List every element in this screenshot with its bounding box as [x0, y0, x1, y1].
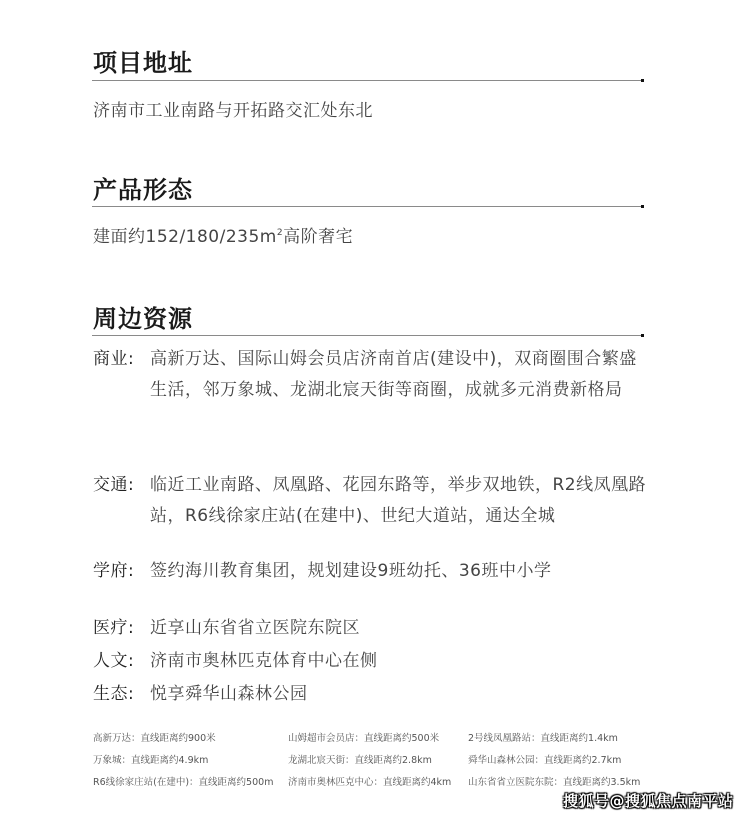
resource-label: 交通: [93, 470, 150, 532]
resource-label: 人文: [93, 646, 150, 677]
section-title-resources: 周边资源 [93, 299, 193, 334]
distance-cell: 万象城：直线距离约4.9km [93, 752, 208, 766]
divider [92, 206, 641, 207]
watermark: 搜狐号@搜狐焦点南平站 [563, 790, 734, 811]
distance-cell: 龙湖北宸天街：直线距离约2.8km [288, 752, 432, 766]
divider-dot [641, 79, 644, 82]
divider [92, 335, 641, 336]
divider-dot [641, 205, 644, 208]
resource-content: 济南市奥林匹克体育中心在侧 [150, 646, 653, 677]
resource-item-education: 学府: 签约海川教育集团，规划建设9班幼托、36班中小学 [93, 556, 653, 587]
address-text: 济南市工业南路与开拓路交汇处东北 [93, 96, 373, 121]
resource-label: 生态: [93, 679, 150, 710]
section-title-address: 项目地址 [93, 43, 193, 78]
resource-label: 学府: [93, 556, 150, 587]
resource-content: 近享山东省省立医院东院区 [150, 613, 653, 644]
resource-item-commerce: 商业: 高新万达、国际山姆会员店济南首店(建设中)，双商圈围合繁盛生活，邻万象城… [93, 344, 653, 406]
distance-cell: 2号线凤凰路站：直线距离约1.4km [468, 730, 618, 744]
resource-item-transport: 交通: 临近工业南路、凤凰路、花园东路等，举步双地铁，R2线凤凰路站，R6线徐家… [93, 470, 653, 532]
distance-cell: R6线徐家庄站(在建中)：直线距离约500m [93, 774, 273, 788]
distance-cell: 山东省省立医院东院：直线距离约3.5km [468, 774, 640, 788]
resource-content: 高新万达、国际山姆会员店济南首店(建设中)，双商圈围合繁盛生活，邻万象城、龙湖北… [150, 344, 653, 406]
distance-cell: 舜华山森林公园：直线距离约2.7km [468, 752, 621, 766]
product-text-suffix: 高阶奢宅 [283, 227, 353, 247]
resource-label: 医疗: [93, 613, 150, 644]
resource-content: 悦享舜华山森林公园 [150, 679, 653, 710]
distance-cell: 山姆超市会员店：直线距离约500米 [288, 730, 439, 744]
distance-cell: 济南市奥林匹克中心：直线距离约4km [288, 774, 451, 788]
section-title-product: 产品形态 [93, 170, 193, 205]
resource-content: 签约海川教育集团，规划建设9班幼托、36班中小学 [150, 556, 653, 587]
resource-content: 临近工业南路、凤凰路、花园东路等，举步双地铁，R2线凤凰路站，R6线徐家庄站(在… [150, 470, 653, 532]
resource-item-medical: 医疗: 近享山东省省立医院东院区 [93, 613, 653, 644]
resource-label: 商业: [93, 344, 150, 406]
resource-item-culture: 人文: 济南市奥林匹克体育中心在侧 [93, 646, 653, 677]
distance-cell: 高新万达：直线距离约900米 [93, 730, 216, 744]
product-text-prefix: 建面约152/180/235m [93, 227, 277, 247]
divider [92, 80, 641, 81]
product-text: 建面约152/180/235m2高阶奢宅 [93, 222, 353, 247]
divider-dot [641, 334, 644, 337]
resource-item-ecology: 生态: 悦享舜华山森林公园 [93, 679, 653, 710]
